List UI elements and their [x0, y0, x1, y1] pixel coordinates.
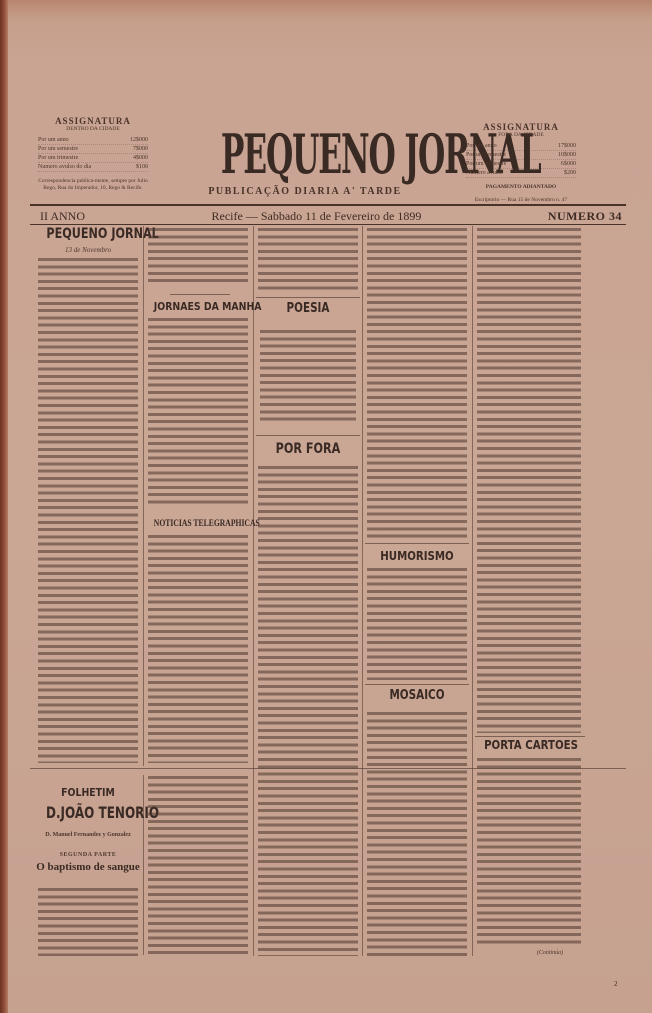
subscription-row: Por um anno12$000 — [38, 136, 148, 145]
folhetim-title: D.JOÃO TENORIO — [46, 803, 130, 822]
subscription-box-right: ASSIGNATURA FORA DA CIDADE Por um anno17… — [466, 122, 576, 204]
column-divider — [253, 226, 254, 956]
payment-note: PAGAMENTO ADIANTADO — [466, 184, 576, 191]
section-rule — [170, 294, 230, 295]
subscription-note: Correspondencia publica-mente, sempre po… — [38, 178, 148, 192]
subscription-row: Por um trimestre6$000 — [466, 160, 576, 169]
year-label: II ANNO — [40, 209, 85, 224]
folhetim-text — [148, 776, 248, 956]
column-divider — [362, 226, 363, 956]
section-rule — [475, 736, 585, 737]
newspaper-masthead: PEQUENO JORNAL — [221, 118, 389, 190]
article-text — [148, 228, 248, 286]
folhetim-heading: FOLHETIM — [44, 786, 132, 799]
subscription-box-left: ASSIGNATURA DENTRO DA CIDADE Por um anno… — [38, 116, 148, 192]
masthead-subtitle: PUBLICAÇÃO DIARIA A' TARDE — [185, 186, 425, 197]
subscription-heading: ASSIGNATURA — [38, 116, 148, 126]
jornaes-text — [148, 318, 248, 508]
place-date: Recife — Sabbado 11 de Fevereiro de 1899 — [212, 209, 422, 224]
page-spine — [0, 0, 8, 1013]
column-divider — [143, 226, 144, 766]
folhetim-part: SEGUNDA PARTE — [32, 852, 144, 858]
continua-label: (Continúa) — [520, 950, 580, 956]
poesia-heading: POESIA — [266, 301, 349, 316]
jornaes-heading: JORNAES DA MANHA — [154, 300, 242, 313]
section-rule — [365, 543, 469, 544]
newspaper-page: ASSIGNATURA DENTRO DA CIDADE Por um anno… — [0, 0, 652, 1013]
lead-heading: PEQUENO JORNAL — [46, 226, 129, 242]
humorismo-heading: HUMORISMO — [373, 549, 461, 563]
article-text — [367, 228, 467, 541]
dateline-rule — [30, 224, 626, 225]
por-fora-heading: POR FORA — [266, 441, 349, 457]
office-address: Escriptorio — Rua 15 de Novembro n. 47 — [466, 197, 576, 204]
issue-number: NUMERO 34 — [548, 209, 622, 224]
dateline: II ANNO Recife — Sabbado 11 de Fevereiro… — [40, 209, 622, 224]
article-text — [477, 228, 581, 733]
por-fora-text — [258, 466, 358, 956]
subscription-row: Por um anno17$000 — [466, 142, 576, 151]
subscription-row: Por um semestre10$000 — [466, 151, 576, 160]
mosaico-text — [367, 712, 467, 956]
lead-date: 13 de Novembro — [36, 246, 140, 254]
masthead-rule — [30, 204, 626, 206]
column-divider — [472, 226, 473, 956]
folhetim-text — [38, 888, 138, 956]
porta-cartoes-text — [477, 758, 581, 948]
humorismo-text — [367, 568, 467, 680]
noticias-text — [148, 535, 248, 763]
subscription-row: Numero avulso$200 — [466, 169, 576, 178]
article-text — [258, 228, 358, 293]
subscription-heading: ASSIGNATURA — [466, 122, 576, 132]
section-rule — [256, 435, 360, 436]
noticias-heading: NOTICIAS TELEGRAPHICAS — [154, 518, 242, 528]
subscription-row: Numero avulso do dia$100 — [38, 163, 148, 172]
subscription-subheading: DENTRO DA CIDADE — [38, 126, 148, 132]
subscription-row: Por um trimestre4$000 — [38, 154, 148, 163]
poesia-text — [260, 330, 356, 422]
porta-cartoes-heading: PORTA CARTOES — [483, 738, 578, 752]
page-number: 2 — [614, 980, 618, 988]
lead-article-text — [38, 258, 138, 763]
section-rule — [365, 684, 469, 685]
subscription-subheading: FORA DA CIDADE — [466, 132, 576, 138]
folhetim-chapter: O baptismo de sangue — [32, 861, 144, 873]
section-rule — [256, 297, 360, 298]
folhetim-author: D. Manuel Fernandez y Gonzalez — [32, 832, 144, 838]
mosaico-heading: MOSAICO — [375, 688, 458, 703]
subscription-row: Por um semestre7$000 — [38, 145, 148, 154]
